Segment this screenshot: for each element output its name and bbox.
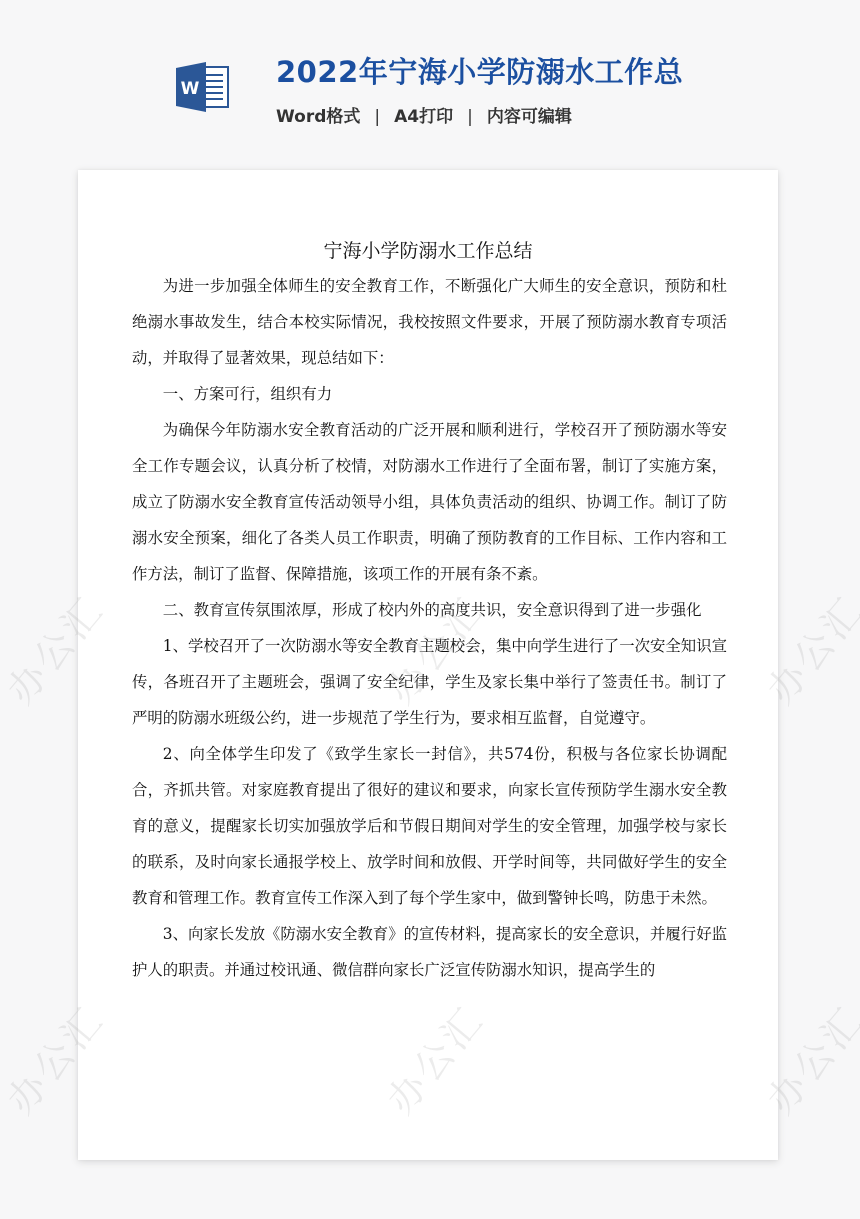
format-a4: A4打印 <box>394 107 453 127</box>
paragraph: 2、向全体学生印发了《致学生家长一封信》，共574份，积极与各位家长协调配合，齐… <box>132 736 727 916</box>
document-page: 宁海小学防溺水工作总结 为进一步加强全体师生的安全教育工作，不断强化广大师生的安… <box>78 170 778 1160</box>
section-heading-2: 二、教育宣传氛围浓厚，形成了校内外的高度共识，安全意识得到了进一步强化 <box>132 592 727 628</box>
paragraph: 1、学校召开了一次防溺水等安全教育主题校会，集中向学生进行了一次安全知识宣传，各… <box>132 628 727 736</box>
paragraph: 为确保今年防溺水安全教育活动的广泛开展和顺利进行，学校召开了预防溺水等安全工作专… <box>132 412 727 592</box>
document-body: 为进一步加强全体师生的安全教育工作，不断强化广大师生的安全意识，预防和杜绝溺水事… <box>132 268 727 988</box>
separator: | <box>467 107 473 127</box>
separator: | <box>374 107 380 127</box>
format-editable: 内容可编辑 <box>487 107 572 127</box>
svg-text:W: W <box>181 79 200 99</box>
format-word: Word格式 <box>276 107 360 127</box>
paragraph-intro: 为进一步加强全体师生的安全教育工作，不断强化广大师生的安全意识，预防和杜绝溺水事… <box>132 268 727 376</box>
paragraph: 3、向家长发放《防溺水安全教育》的宣传材料，提高家长的安全意识，并履行好监护人的… <box>132 916 727 988</box>
page-header: W 2022年宁海小学防溺水工作总 Word格式|A4打印|内容可编辑 <box>0 0 860 160</box>
doc-title-banner: 2022年宁海小学防溺水工作总 <box>276 50 683 91</box>
document-title: 宁海小学防溺水工作总结 <box>78 236 778 263</box>
section-heading-1: 一、方案可行，组织有力 <box>132 376 727 412</box>
format-info: Word格式|A4打印|内容可编辑 <box>276 102 572 127</box>
word-doc-icon: W <box>176 62 230 112</box>
